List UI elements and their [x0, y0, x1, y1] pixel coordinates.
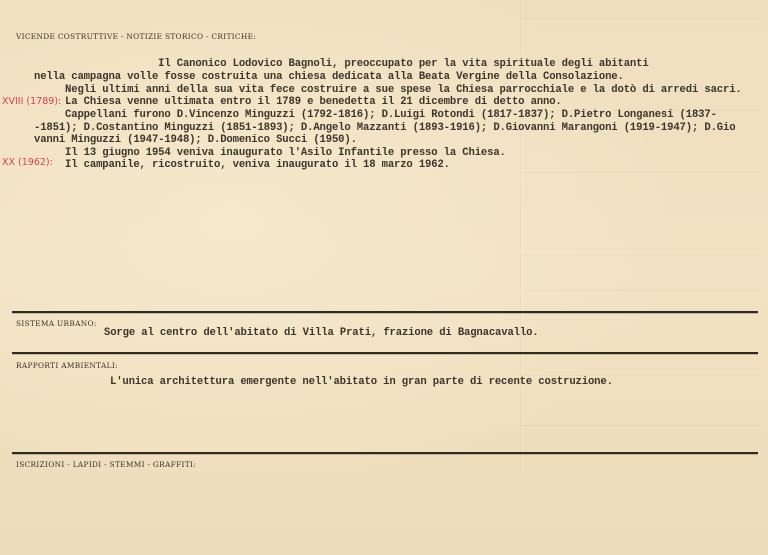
document-page: VICENDE COSTRUTTIVE - NOTIZIE STORICO - …: [0, 0, 768, 555]
history-line: Il Canonico Lodovico Bagnoli, preoccupat…: [34, 58, 649, 70]
section-label-sistema-urbano: SISTEMA URBANO:: [16, 319, 97, 328]
section-label-iscrizioni: ISCRIZIONI - LAPIDI - STEMMI - GRAFFITI:: [16, 460, 196, 469]
rapporti-ambientali-text: L'unica architettura emergente nell'abit…: [110, 376, 613, 388]
bleed-line: [521, 18, 761, 19]
history-line: nella campagna volle fosse costruita una…: [34, 71, 624, 83]
section-label-vicende: VICENDE COSTRUTTIVE - NOTIZIE STORICO - …: [16, 32, 256, 41]
history-line: Il campanile, ricostruito, veniva inaugu…: [34, 159, 450, 171]
bleed-line: [521, 172, 761, 173]
sistema-urbano-text: Sorge al centro dell'abitato di Villa Pr…: [104, 327, 539, 339]
section-divider: [12, 352, 758, 354]
margin-note-century: XX (1962):: [2, 157, 53, 168]
margin-note-century: XVIII (1789):: [2, 96, 61, 107]
history-line: Negli ultimi anni della sua vita fece co…: [34, 84, 742, 96]
section-divider: [12, 311, 758, 313]
section-label-rapporti-ambientali: RAPPORTI AMBIENTALI:: [16, 361, 118, 370]
bleed-line: [521, 425, 761, 426]
history-line: Il 13 giugno 1954 veniva inaugurato l'As…: [34, 147, 506, 159]
bleed-line: [521, 290, 761, 291]
bleed-line: [521, 255, 761, 256]
history-line: vanni Minguzzi (1947-1948); D.Domenico S…: [34, 134, 357, 146]
history-line: La Chiesa venne ultimata entro il 1789 e…: [34, 96, 562, 108]
section-divider: [12, 452, 758, 454]
history-line: -1851); D.Costantino Minguzzi (1851-1893…: [34, 122, 735, 134]
history-line: Cappellani furono D.Vincenzo Minguzzi (1…: [34, 109, 717, 121]
